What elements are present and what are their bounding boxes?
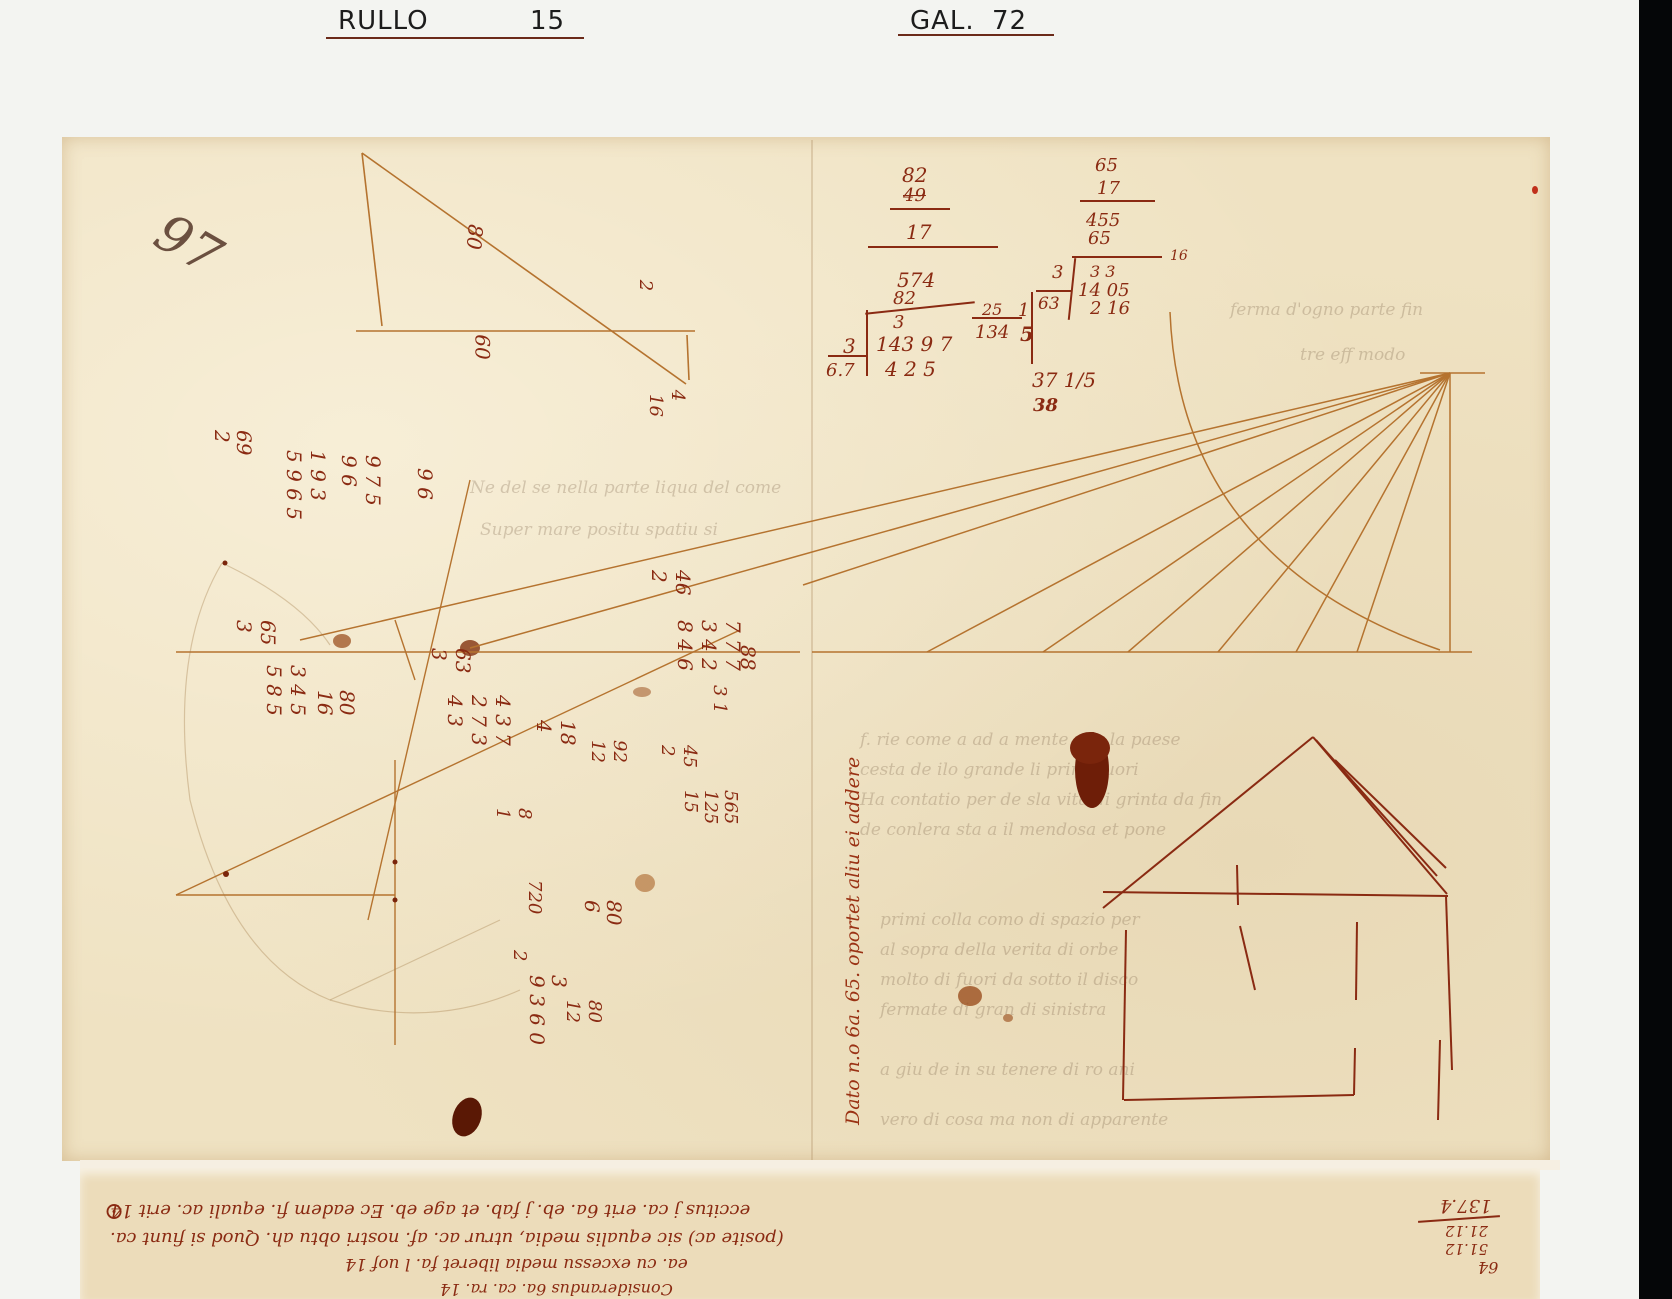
right-triangle-diagram: [356, 153, 695, 384]
vertical-note: Dato n.o 6a. 65. oportet aliu ei addere: [842, 757, 864, 1125]
house-sketch: [1103, 737, 1452, 1120]
construction-points: [223, 561, 398, 903]
geometric-diagrams: [0, 0, 1672, 1299]
circle-symbol: ⊙: [104, 1197, 124, 1225]
ink-stains: [333, 186, 1538, 1141]
